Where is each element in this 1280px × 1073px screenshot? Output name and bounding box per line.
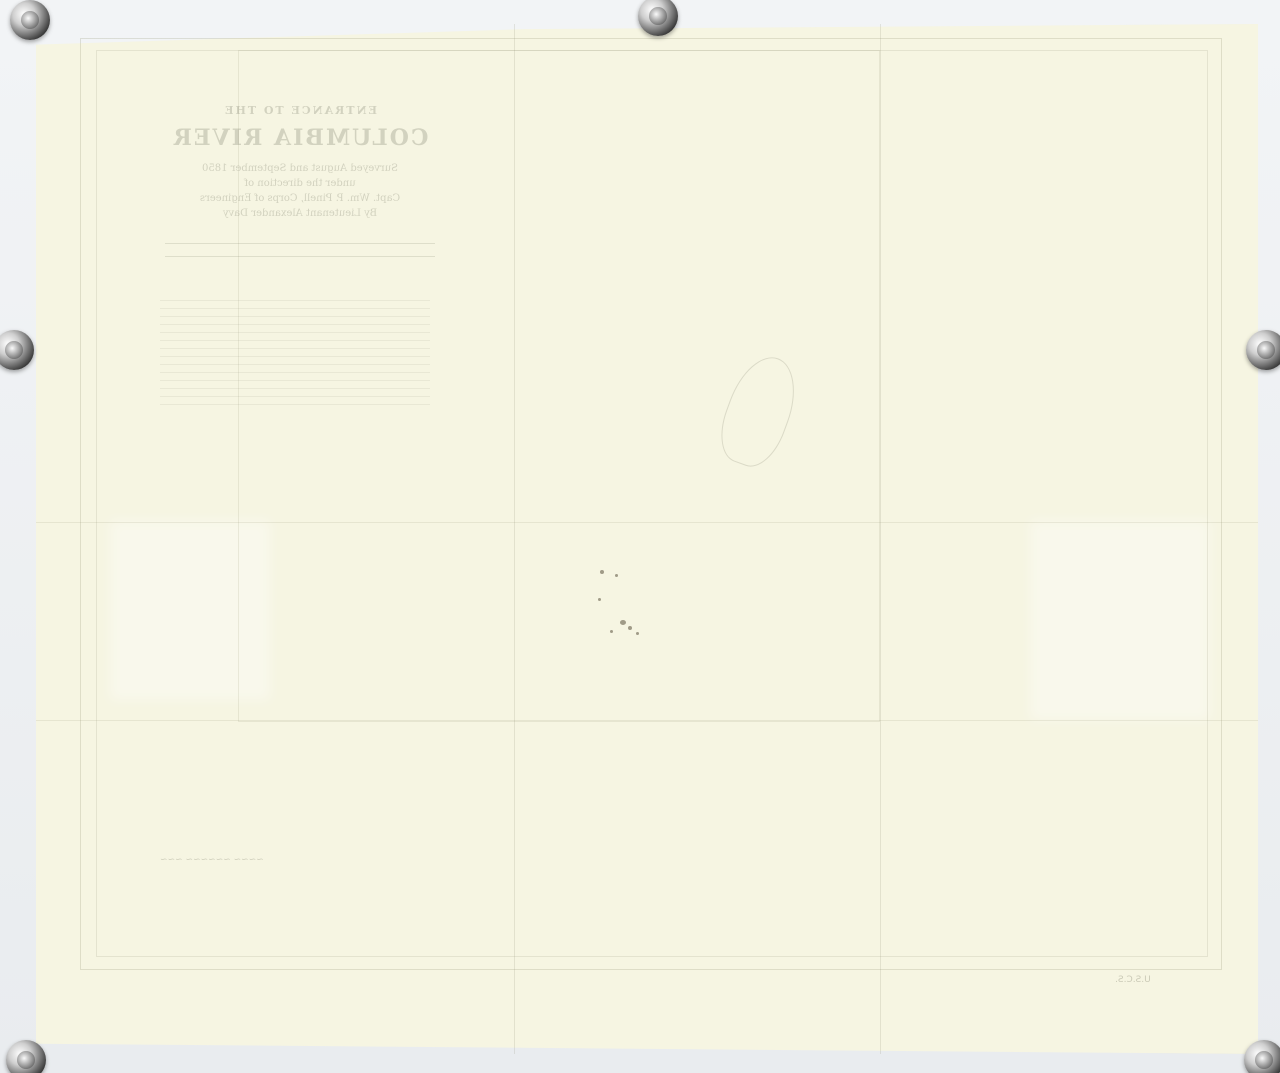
- rule-line: [165, 243, 435, 244]
- title-line-1: ENTRANCE TO THE: [160, 104, 440, 117]
- mounting-pin-top-left: [10, 0, 50, 40]
- foxing-stain: [580, 560, 660, 650]
- corner-stamp: U.S.C.S.: [1115, 975, 1151, 985]
- fold-line-horizontal: [36, 522, 1258, 523]
- title-line-6: By Lieutenant Alexander Davy: [160, 206, 440, 221]
- mounting-pin-bottom-left: [6, 1040, 46, 1073]
- title-line-3: Surveyed August and September 1850: [160, 161, 440, 176]
- title-main: COLUMBIA RIVER: [160, 125, 440, 151]
- mirrored-title-block: ENTRANCE TO THE COLUMBIA RIVER Surveyed …: [160, 104, 440, 221]
- notes-showthrough: [160, 300, 430, 410]
- signature-showthrough: ~~~~ ~~~~~~ ~~~: [160, 855, 264, 865]
- mounting-pin-bottom-right: [1244, 1040, 1280, 1073]
- rule-line: [165, 256, 435, 257]
- fold-line-horizontal: [36, 720, 1258, 721]
- fold-line-vertical: [880, 24, 881, 1054]
- mounting-pin-right: [1246, 330, 1280, 370]
- fold-line-vertical: [514, 24, 515, 1054]
- title-line-4: under the direction of: [160, 176, 440, 191]
- title-line-5: Capt. Wm. P. Pinell, Corps of Engineers: [160, 191, 440, 206]
